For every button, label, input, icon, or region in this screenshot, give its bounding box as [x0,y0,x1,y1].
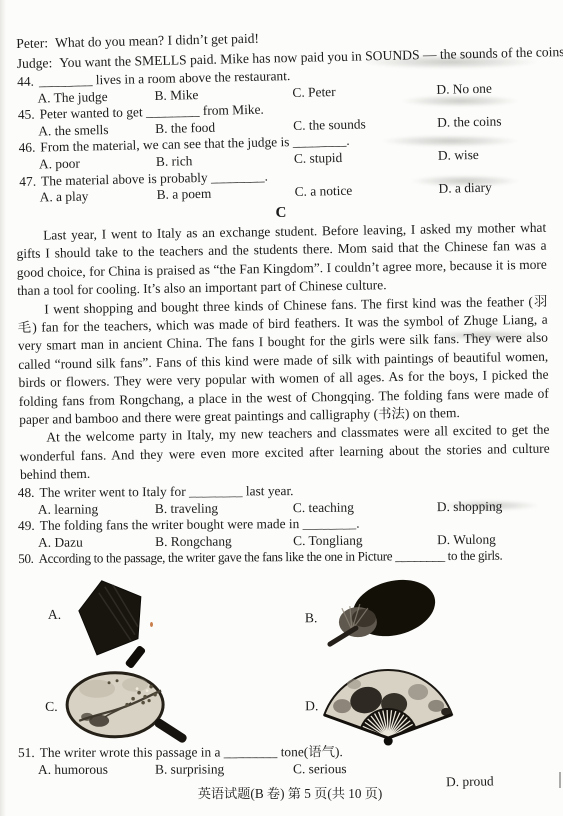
dialogue-text: What do you mean? I didn’t get paid! [55,31,259,50]
questions-48-50-section: 48.The writer went to Italy for ________… [18,481,549,568]
picture-choices: A. B. C. [18,569,548,744]
option-d: D. Wulong [437,531,548,548]
passage-section: C Last year, I went to Italy as an excha… [16,200,550,485]
scan-edge-mark [559,772,561,788]
closed-folding-fan-image [75,576,157,671]
question-options: A. learning B. traveling C. teaching D. … [18,498,548,518]
question-number: 48. [18,484,35,499]
exam-page-scan: Peter:What do you mean? I didn’t get pai… [0,0,563,816]
option-b: B. Rongchang [155,533,293,550]
option-d: D. wise [438,146,549,165]
option-d: D. proud [446,773,494,790]
passage-paragraph: Last year, I went to Italy as an exchang… [16,219,547,301]
question-number: 45. [18,107,35,122]
question-number: 50. [18,551,33,566]
question-number: 47. [19,173,36,188]
option-d: D. No one [436,79,547,98]
option-a: A. humorous [38,761,155,778]
option-c: C. Tongliang [293,532,437,549]
option-b: B. rich [156,151,294,170]
option-d: D. shopping [437,498,548,515]
option-d: D. a diary [438,179,549,198]
question-stem-text: The writer went to Italy for ________ la… [39,483,293,500]
option-a: A. a play [40,187,157,206]
option-c: C. a notice [294,181,438,201]
upper-section: Peter:What do you mean? I didn’t get pai… [16,22,550,206]
option-b: B. traveling [155,499,293,516]
question-49: 49.The folding fans the writer bought we… [18,514,548,551]
passage-paragraph: I went shopping and bought three kinds o… [17,292,549,429]
question-stem: 50.According to the passage, the writer … [18,547,548,567]
option-a: A. learning [38,500,155,517]
picture-label-c: C. [45,699,58,715]
scan-edge-shadow [0,0,6,816]
question-51: 51.The writer wrote this passage in a __… [18,743,548,778]
question-stem-text: The writer wrote this passage in a _____… [40,744,343,760]
question-options: A. humorous B. surprising C. serious D. … [18,760,548,778]
option-c: C. serious [293,760,548,777]
speaker-label: Judge: [17,55,53,71]
option-c: C. stupid [294,148,438,168]
option-a: A. Dazu [38,534,155,551]
question-number: 51. [18,745,35,760]
question-number: 44. [17,74,34,89]
question-48: 48.The writer went to Italy for ________… [18,481,548,518]
feather-fan-image [322,578,442,650]
option-d: D. the coins [437,112,548,131]
option-c: C. Peter [292,82,436,102]
question-stem-text: According to the passage, the writer gav… [39,548,503,566]
passage-paragraph: At the welcome party in Italy, my new te… [19,421,550,485]
question-stem-text: The folding fans the writer bought were … [40,515,360,532]
speaker-label: Peter: [16,35,48,51]
open-folding-fan-image [318,664,458,746]
picture-label-d: D. [305,698,318,714]
option-b: B. a poem [156,184,294,203]
question-number: 49. [18,518,35,533]
option-b: B. Mike [154,85,292,104]
question-50: 50.According to the passage, the writer … [18,547,548,567]
picture-label-a: A. [48,607,61,623]
round-silk-fan-image [65,670,190,744]
option-c: C. the sounds [293,115,437,135]
question-number: 46. [18,140,35,155]
question-stem: 51.The writer wrote this passage in a __… [18,743,548,761]
option-c: C. teaching [293,498,437,515]
picture-label-b: B. [305,610,318,626]
reading-passage: Last year, I went to Italy as an exchang… [16,219,550,485]
option-b: B. surprising [155,761,293,778]
